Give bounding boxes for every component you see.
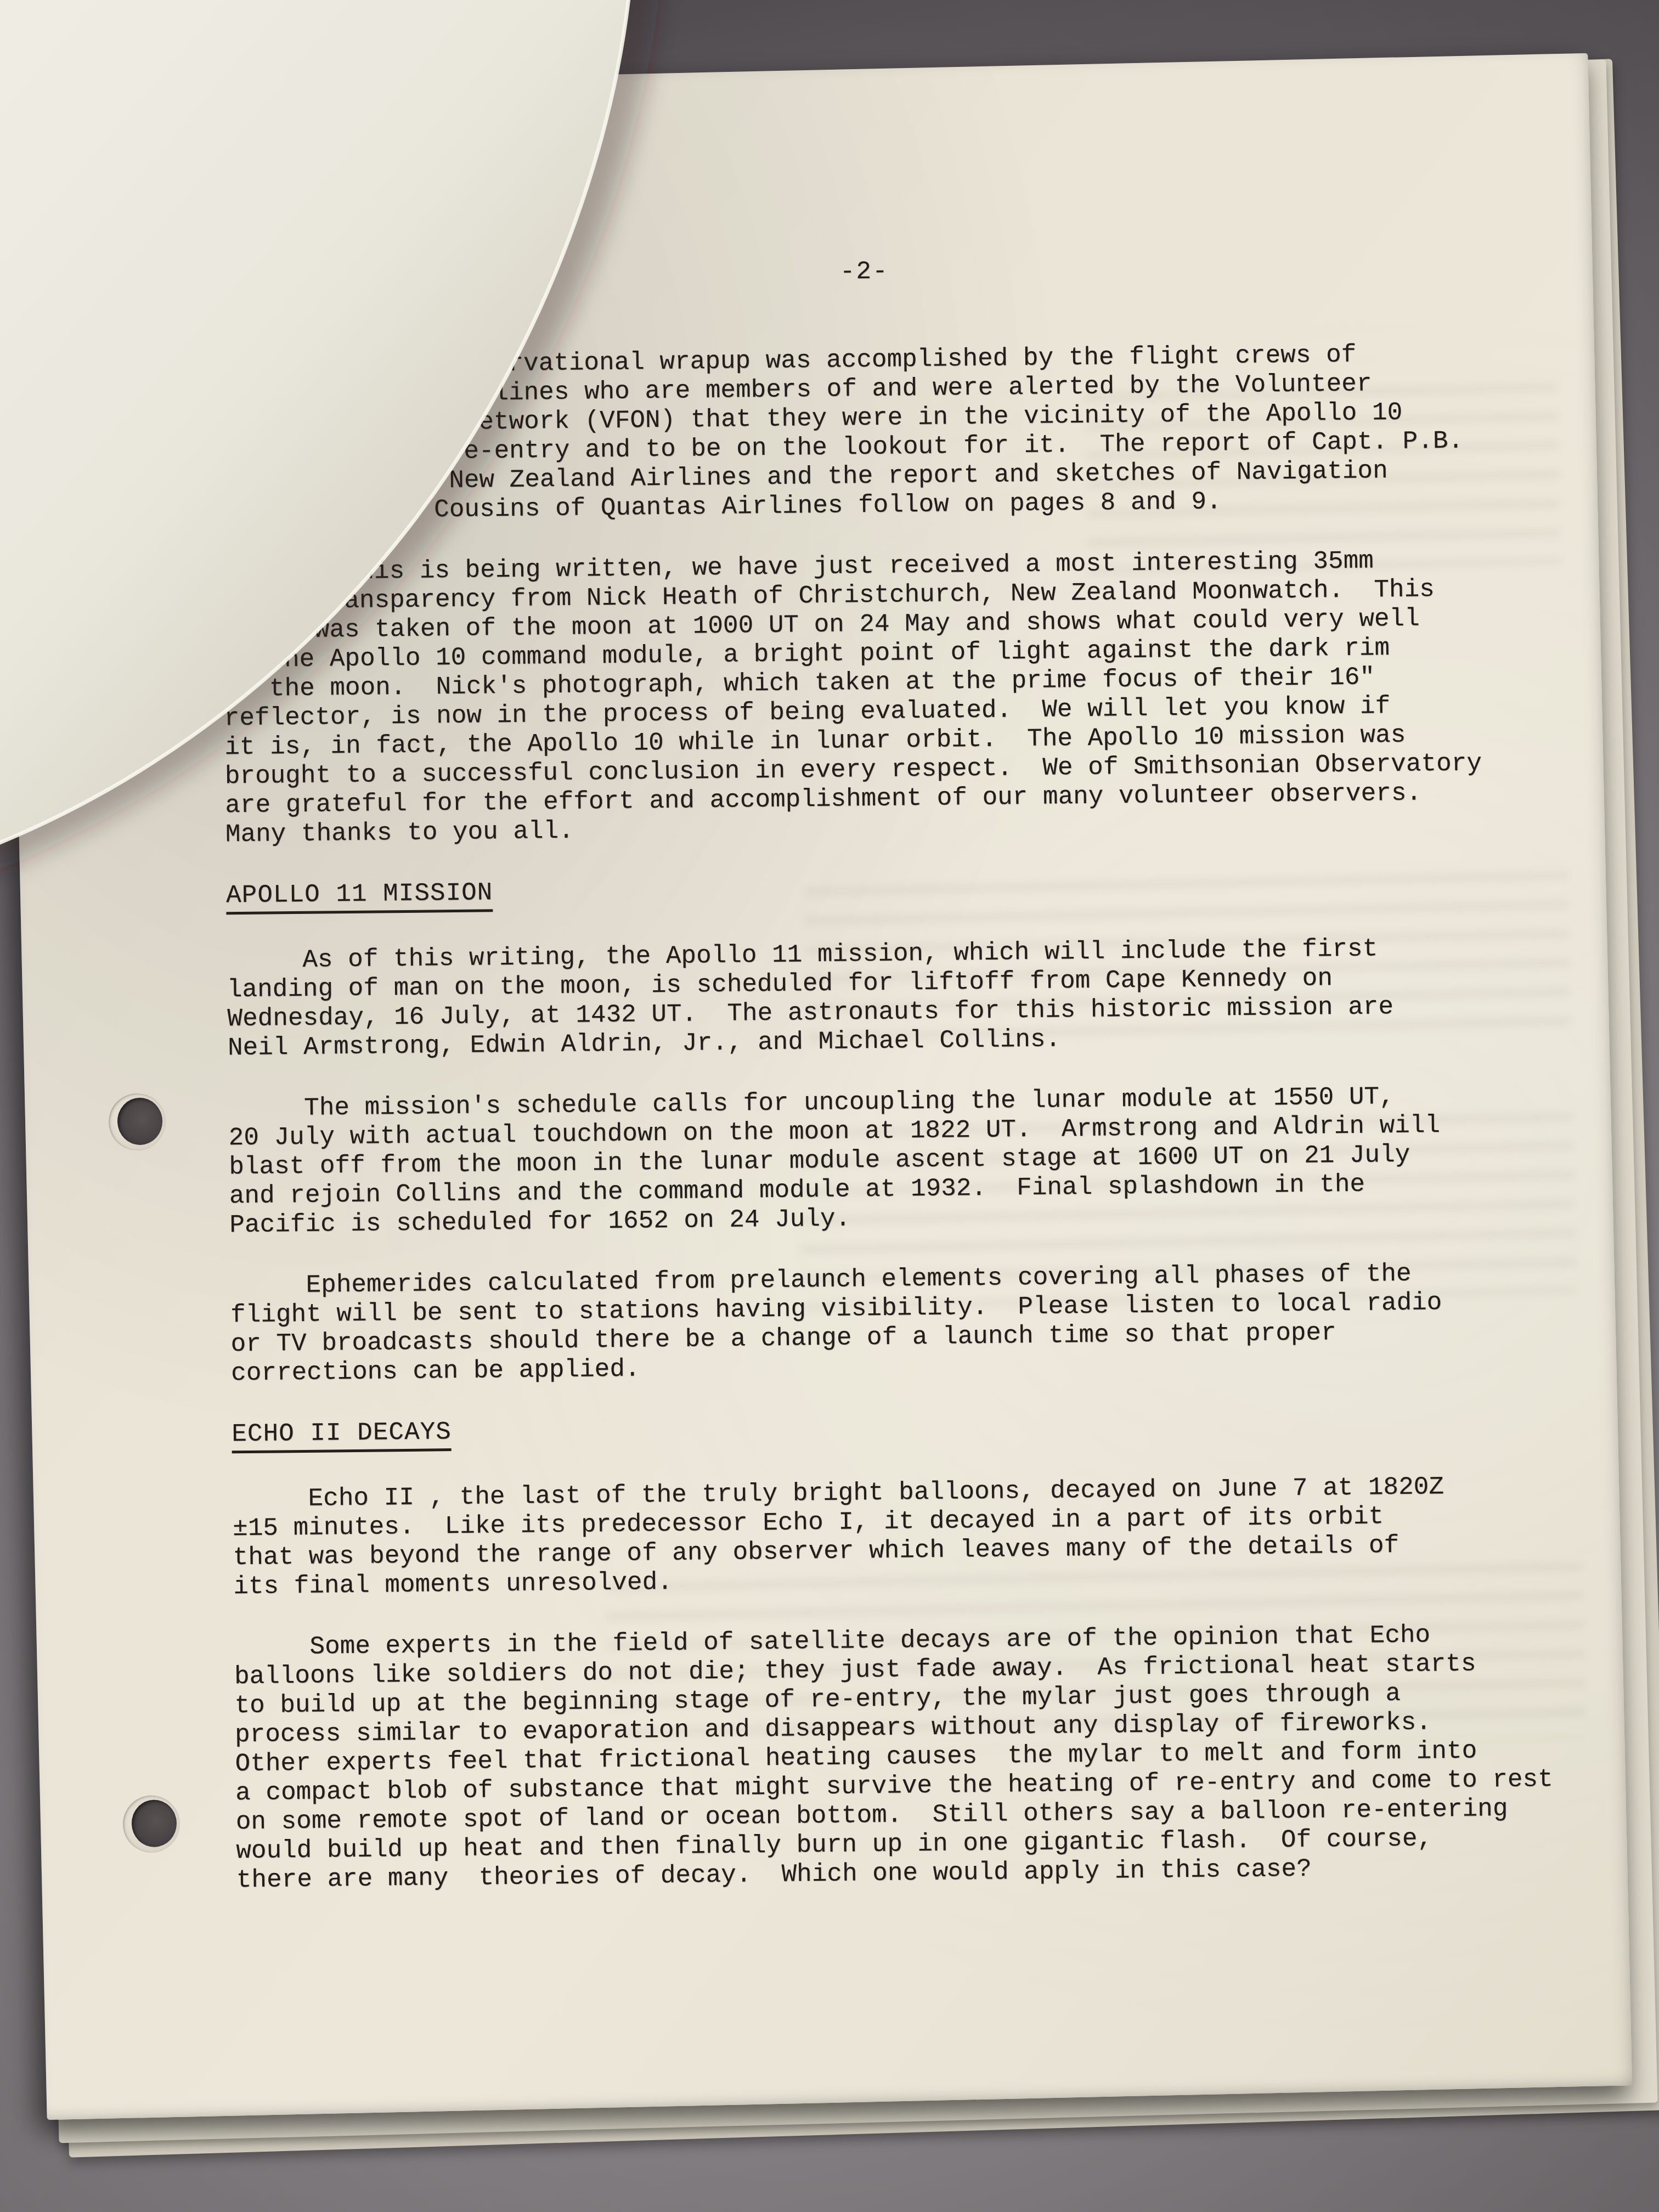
paragraph: Some experts in the field of satellite d… <box>234 1620 1526 1895</box>
punch-hole-top <box>108 1093 166 1151</box>
paragraph: Ephemerides calculated from prelaunch el… <box>230 1259 1520 1389</box>
section-heading-text: ECHO II DECAYS <box>232 1418 452 1453</box>
typewritten-text: -2- The final observational wrapup was a… <box>219 251 1526 1927</box>
paragraph: As this is being written, we have just r… <box>223 545 1515 850</box>
punch-hole-bottom-opening <box>131 1799 177 1848</box>
document-page: -2- The final observational wrapup was a… <box>3 53 1632 2120</box>
paragraph: The final observational wrapup was accom… <box>221 339 1511 527</box>
section-heading: APOLLO 11 MISSION <box>226 868 1516 915</box>
document-body: The final observational wrapup was accom… <box>221 339 1526 1895</box>
punch-hole-top-opening <box>117 1097 163 1145</box>
section-heading-text: APOLLO 11 MISSION <box>226 878 493 915</box>
section-heading: ECHO II DECAYS <box>232 1407 1521 1454</box>
paragraph: Echo II , the last of the truly bright b… <box>232 1472 1522 1602</box>
paragraph: The mission's schedule calls for uncoupl… <box>228 1081 1519 1240</box>
paragraph: As of this writing, the Apollo 11 missio… <box>227 933 1517 1063</box>
photo-of-typewritten-newsletter-page: { "document": { "page_number": "-2-", "b… <box>0 0 1659 2212</box>
page-number: -2- <box>219 251 1509 294</box>
punch-hole-bottom <box>122 1795 180 1853</box>
